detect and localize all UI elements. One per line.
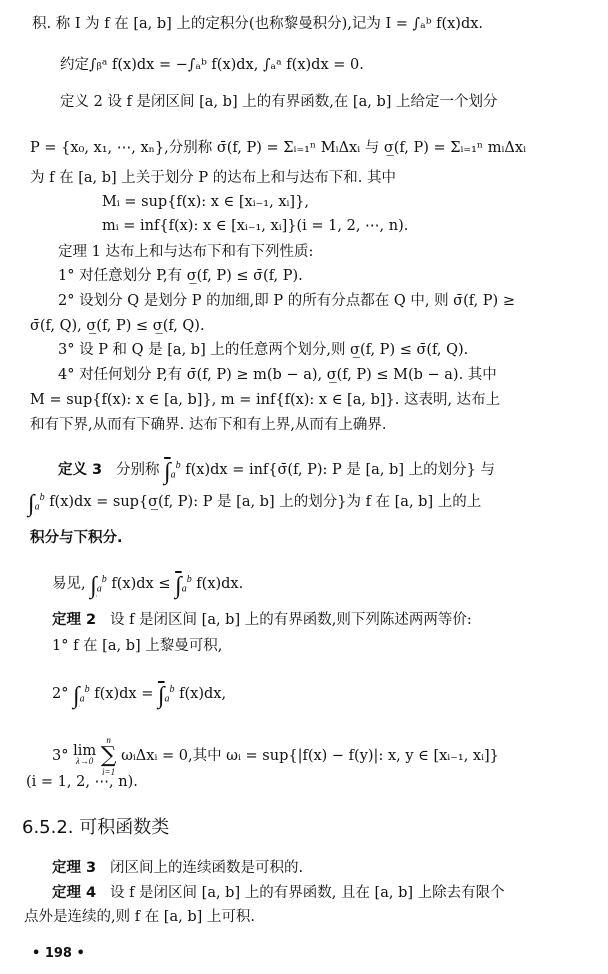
- lower-limit: a: [182, 584, 187, 595]
- formula: f(x)dx.: [196, 576, 243, 592]
- lower-limit: a: [171, 470, 176, 481]
- summation: n ∑ i=1: [101, 735, 117, 777]
- page-number: • 198 •: [32, 944, 85, 964]
- limit: lim λ→0: [73, 746, 96, 766]
- theorem-label: 定理 4: [52, 885, 96, 901]
- theorem-3-line: 定理 3 闭区间上的连续函数是可积的.: [52, 858, 303, 878]
- sum-icon: ∑: [101, 745, 117, 767]
- upper-limit: b: [176, 460, 181, 471]
- lower-integral-icon: ∫: [28, 491, 35, 517]
- text-line: 和有下界,从而有下确界. 达布下和有上界,从而有上确界.: [30, 415, 387, 435]
- text: 闭区间上的连续函数是可积的.: [110, 860, 303, 876]
- definition-3-line: 定义 3 分别称 ∫ab f(x)dx = inf{σ̄(f, P): P 是 …: [58, 456, 495, 486]
- text-line: 3° 设 P 和 Q 是 [a, b] 上的任意两个划分,则 σ̲(f, P) …: [58, 340, 468, 360]
- text-line: 积. 称 I 为 f 在 [a, b] 上的定积分(也称黎曼积分),记为 I =…: [32, 14, 483, 34]
- formula-line: Mᵢ = sup{f(x): x ∈ [xᵢ₋₁, xᵢ]},: [102, 192, 309, 212]
- lower-integral-icon: ∫: [90, 573, 97, 599]
- text: 设 f 是闭区间 [a, b] 上的有界函数, 且在 [a, b] 上除去有限个: [110, 885, 505, 901]
- theorem-1-line: 定理 1 达布上和与达布下和有下列性质:: [58, 242, 313, 262]
- theorem-2-item-3-tail: (i = 1, 2, ⋯, n).: [26, 772, 138, 792]
- lim-subscript: λ→0: [73, 756, 96, 766]
- formula: f(x)dx = inf{σ̄(f, P): P 是 [a, b] 上的划分} …: [185, 462, 495, 478]
- lower-limit: a: [165, 694, 170, 705]
- text: 设 f 是闭区间 [a, b] 上的有界函数,则下列陈述两两等价:: [110, 612, 472, 628]
- formula-line: P = {x₀, x₁, ⋯, xₙ},分别称 σ̄(f, P) = Σᵢ₌₁ⁿ…: [30, 138, 526, 158]
- lower-integral-icon: ∫: [73, 683, 80, 709]
- upper-integral-icon: ∫: [158, 683, 165, 709]
- item-number: 3°: [52, 748, 68, 764]
- definition-label: 定义 3: [58, 462, 102, 478]
- formula: f(x)dx =: [94, 686, 153, 702]
- section-heading: 6.5.2. 可积函数类: [22, 818, 169, 838]
- lower-limit: a: [80, 694, 85, 705]
- definition-3-line-2: ∫ab f(x)dx = sup{σ̲(f, P): P 是 [a, b] 上的…: [28, 488, 481, 518]
- theorem-4-line-2: 点外是连续的,则 f 在 [a, b] 上可积.: [24, 907, 255, 927]
- theorem-2-item-1: 1° f 在 [a, b] 上黎曼可积,: [52, 636, 222, 656]
- text-line: 1° 对任意划分 P,有 σ̲(f, P) ≤ σ̄(f, P).: [58, 266, 303, 286]
- formula: ωᵢΔxᵢ = 0,其中 ωᵢ = sup{|f(x) − f(y)|: x, …: [121, 748, 499, 764]
- item-number: 2°: [52, 686, 68, 702]
- theorem-label: 定理 2: [52, 612, 96, 628]
- theorem-2-item-2: 2° ∫ab f(x)dx = ∫ab f(x)dx,: [52, 680, 226, 710]
- text-line: σ̄(f, Q), σ̲(f, P) ≤ σ̲(f, Q).: [30, 316, 205, 336]
- theorem-4-line: 定理 4 设 f 是闭区间 [a, b] 上的有界函数, 且在 [a, b] 上…: [52, 883, 505, 903]
- theorem-label: 定理 3: [52, 860, 96, 876]
- formula-line: mᵢ = inf{f(x): x ∈ [xᵢ₋₁, xᵢ]}(i = 1, 2,…: [102, 216, 408, 236]
- text-line: 为 f 在 [a, b] 上关于划分 P 的达布上和与达布下和. 其中: [30, 168, 396, 188]
- easy-inequality: 易见, ∫ab f(x)dx ≤ ∫ab f(x)dx.: [52, 570, 243, 600]
- formula: f(x)dx,: [179, 686, 226, 702]
- text-line: 2° 设划分 Q 是划分 P 的加细,即 P 的所有分点都在 Q 中, 则 σ̄…: [58, 291, 515, 311]
- text-line: 约定∫ᵦᵃ f(x)dx = −∫ₐᵇ f(x)dx, ∫ₐᵃ f(x)dx =…: [60, 55, 364, 75]
- definition-3-tail: 积分与下积分.: [30, 528, 123, 548]
- upper-limit: b: [40, 492, 45, 503]
- formula: f(x)dx = sup{σ̲(f, P): P 是 [a, b] 上的划分}为…: [49, 494, 481, 510]
- upper-limit: b: [187, 574, 192, 585]
- lower-limit: a: [35, 502, 40, 513]
- lower-limit: a: [97, 584, 102, 595]
- operator: ≤: [158, 576, 170, 592]
- text-line: M = sup{f(x): x ∈ [a, b]}, m = inf{f(x):…: [30, 390, 500, 410]
- upper-limit: b: [170, 684, 175, 695]
- formula: f(x)dx: [111, 576, 153, 592]
- upper-limit: b: [102, 574, 107, 585]
- upper-integral-icon: ∫: [164, 459, 171, 485]
- text: 易见,: [52, 576, 86, 592]
- theorem-2-item-3: 3° lim λ→0 n ∑ i=1 ωᵢΔxᵢ = 0,其中 ωᵢ = sup…: [52, 735, 499, 777]
- text: 分别称: [116, 462, 160, 478]
- upper-limit: b: [85, 684, 90, 695]
- upper-integral-icon: ∫: [175, 573, 182, 599]
- theorem-2-line: 定理 2 设 f 是闭区间 [a, b] 上的有界函数,则下列陈述两两等价:: [52, 610, 472, 630]
- text-line: 4° 对任何划分 P,有 σ̄(f, P) ≥ m(b − a), σ̲(f, …: [58, 365, 497, 385]
- definition-2-line: 定义 2 设 f 是闭区间 [a, b] 上的有界函数,在 [a, b] 上给定…: [60, 92, 498, 112]
